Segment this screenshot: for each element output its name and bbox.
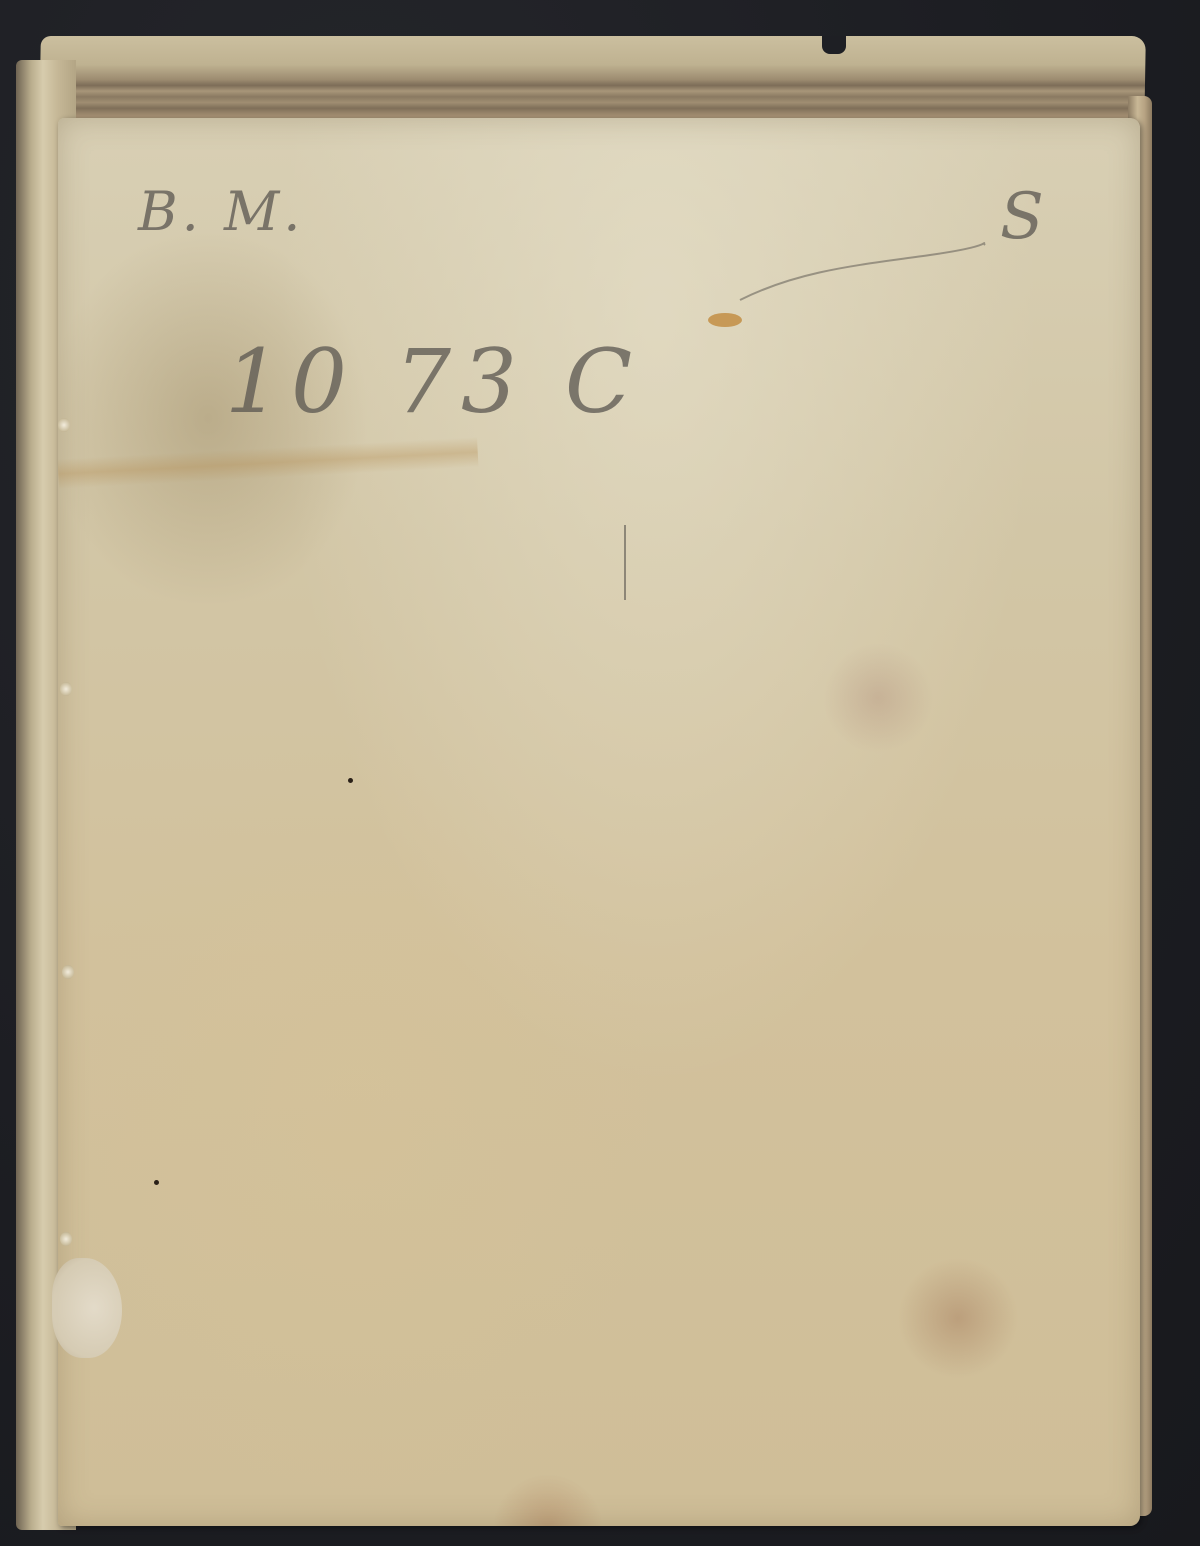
sewing-hole [60,682,72,696]
pencil-annotation-initials: B. M. [138,180,304,243]
ink-dot [154,1180,159,1185]
ink-dot [348,778,353,783]
rust-spot [708,313,742,327]
sewing-hole [58,418,70,432]
water-stain [58,437,479,489]
pencil-annotation-reference: 10 73 C [225,330,642,433]
pencil-annotation-s: S [1000,180,1048,254]
sewing-hole [60,1232,72,1246]
sewing-hole [62,965,74,979]
photo-scene: B. M. S 10 73 C [0,0,1200,1546]
binding-notch [822,36,846,54]
page-block-top-edge [39,36,1146,131]
paper-label-remnant [52,1258,122,1358]
